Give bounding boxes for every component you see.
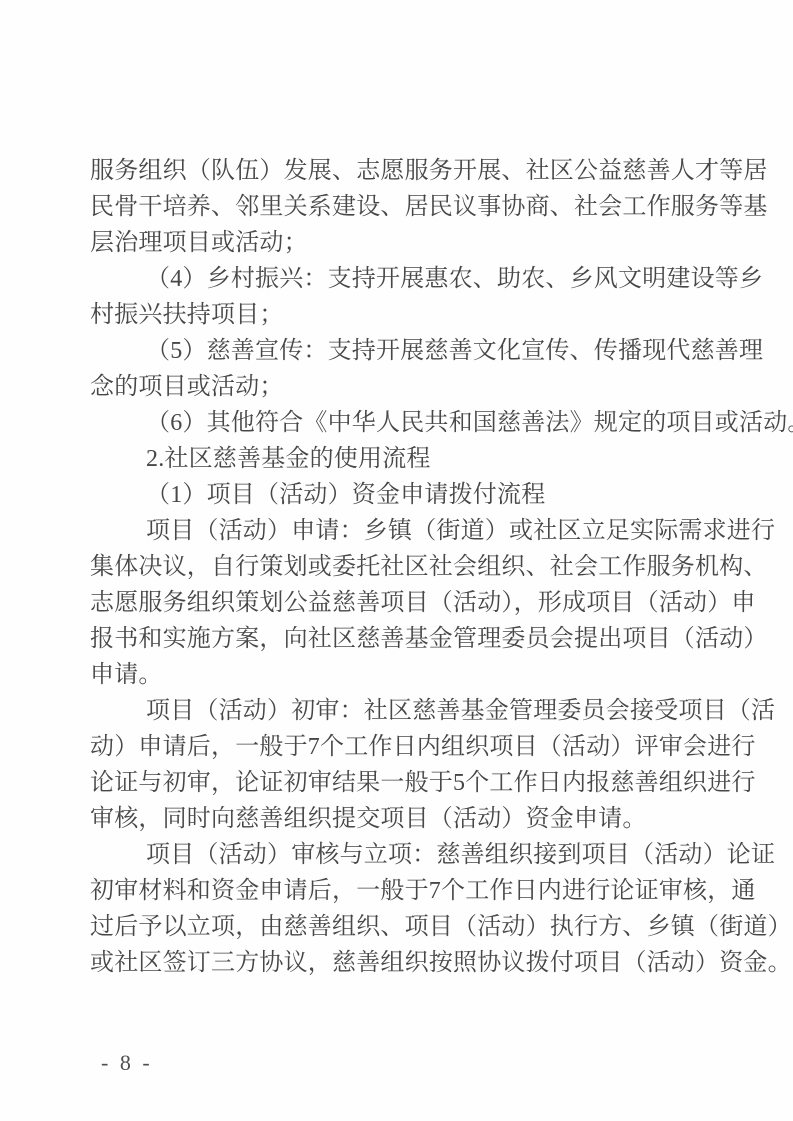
text-line: 项目（活动）申请：乡镇（街道）或社区立足实际需求进行 xyxy=(90,513,718,549)
paragraph: （4）乡村振兴：支持开展惠农、助农、乡风文明建设等乡村振兴扶持项目； xyxy=(90,261,718,333)
paragraph: （5）慈善宣传：支持开展慈善文化宣传、传播现代慈善理念的项目或活动； xyxy=(90,333,718,405)
paragraph: 服务组织（队伍）发展、志愿服务开展、社区公益慈善人才等居民骨干培养、邻里关系建设… xyxy=(90,153,718,261)
text-line: 服务组织（队伍）发展、志愿服务开展、社区公益慈善人才等居 xyxy=(90,153,718,189)
document-body: 服务组织（队伍）发展、志愿服务开展、社区公益慈善人才等居民骨干培养、邻里关系建设… xyxy=(90,153,718,981)
paragraph: 项目（活动）申请：乡镇（街道）或社区立足实际需求进行集体决议，自行策划或委托社区… xyxy=(90,513,718,693)
text-line: （1）项目（活动）资金申请拨付流程 xyxy=(90,477,718,513)
text-line: 审核，同时向慈善组织提交项目（活动）资金申请。 xyxy=(90,801,718,837)
page-number: - 8 - xyxy=(101,1050,153,1075)
text-line: 层治理项目或活动； xyxy=(90,225,718,261)
text-line: 过后予以立项，由慈善组织、项目（活动）执行方、乡镇（街道） xyxy=(90,909,718,945)
page-footer: - 8 - xyxy=(101,1050,153,1076)
paragraph: 2.社区慈善基金的使用流程 xyxy=(90,441,718,477)
text-line: 项目（活动）审核与立项：慈善组织接到项目（活动）论证 xyxy=(90,837,718,873)
text-line: 或社区签订三方协议，慈善组织按照协议拨付项目（活动）资金。 xyxy=(90,945,718,981)
text-line: 村振兴扶持项目； xyxy=(90,297,718,333)
text-line: （5）慈善宣传：支持开展慈善文化宣传、传播现代慈善理 xyxy=(90,333,718,369)
paragraph: （1）项目（活动）资金申请拨付流程 xyxy=(90,477,718,513)
paragraph: （6）其他符合《中华人民共和国慈善法》规定的项目或活动。 xyxy=(90,405,718,441)
text-line: 项目（活动）初审：社区慈善基金管理委员会接受项目（活 xyxy=(90,693,718,729)
text-line: （6）其他符合《中华人民共和国慈善法》规定的项目或活动。 xyxy=(90,405,718,441)
text-line: 念的项目或活动； xyxy=(90,369,718,405)
text-line: 2.社区慈善基金的使用流程 xyxy=(90,441,718,477)
text-line: 论证与初审，论证初审结果一般于5个工作日内报慈善组织进行 xyxy=(90,765,718,801)
text-line: 动）申请后，一般于7个工作日内组织项目（活动）评审会进行 xyxy=(90,729,718,765)
text-line: 集体决议，自行策划或委托社区社会组织、社会工作服务机构、 xyxy=(90,549,718,585)
document-page: 服务组织（队伍）发展、志愿服务开展、社区公益慈善人才等居民骨干培养、邻里关系建设… xyxy=(0,0,793,1121)
paragraph: 项目（活动）审核与立项：慈善组织接到项目（活动）论证初审材料和资金申请后，一般于… xyxy=(90,837,718,981)
text-line: 初审材料和资金申请后，一般于7个工作日内进行论证审核，通 xyxy=(90,873,718,909)
text-line: 志愿服务组织策划公益慈善项目（活动），形成项目（活动）申 xyxy=(90,585,718,621)
text-line: （4）乡村振兴：支持开展惠农、助农、乡风文明建设等乡 xyxy=(90,261,718,297)
text-line: 报书和实施方案，向社区慈善基金管理委员会提出项目（活动） xyxy=(90,621,718,657)
text-line: 民骨干培养、邻里关系建设、居民议事协商、社会工作服务等基 xyxy=(90,189,718,225)
paragraph: 项目（活动）初审：社区慈善基金管理委员会接受项目（活动）申请后，一般于7个工作日… xyxy=(90,693,718,837)
text-line: 申请。 xyxy=(90,657,718,693)
